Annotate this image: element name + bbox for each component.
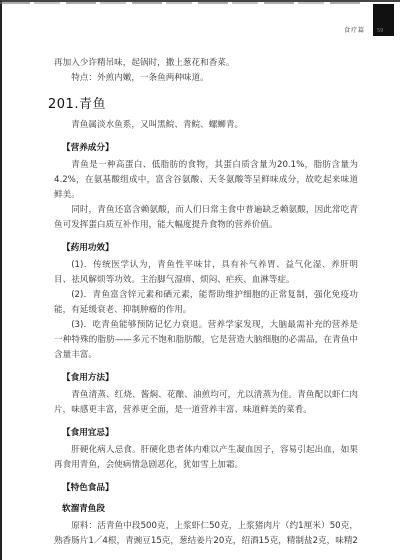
dish-title: 软溜青鱼段	[62, 502, 358, 517]
thumb-tab-text: 59	[377, 28, 383, 34]
medicinal-paragraph: (1)．传统医学认为，青鱼性平味甘，具有补气养胃、益气化湿、养肝明目、祛风解烦等…	[54, 258, 358, 288]
ingredients-paragraph: 原料：活青鱼中段500克，上浆虾仁50克，上浆猪肉片（约1厘米）50克，熟香肠片…	[54, 519, 358, 549]
nutrition-paragraph: 青鱼是一种高蛋白、低脂肪的食物，其蛋白质含量为20.1%，脂肪含量为4.2%，在…	[54, 158, 358, 203]
page-content: 再加入少许精吊味，起锅时，撒上葱花和香菜。 特点：外煎内嫩，一条鱼两种味道。 2…	[54, 56, 358, 549]
medicinal-paragraph: (3)．吃青鱼能够预防记忆力衰退。营养学家发现，大脑最需补充的营养是一种特殊的脂…	[54, 318, 358, 363]
section-title: 201.青鱼	[48, 97, 358, 112]
medicinal-paragraph: (2)．青鱼富含锌元素和硒元素，能帮助维护细胞的正常复制，强化免疫功能，有延缓衰…	[54, 288, 358, 318]
taboos-header: 【食用宜忌】	[62, 426, 358, 441]
methods-header: 【食用方法】	[62, 371, 358, 386]
nutrition-header: 【营养成分】	[62, 141, 358, 156]
intro-line-2: 特点：外煎内嫩，一条鱼两种味道。	[54, 71, 358, 86]
taboos-paragraph: 肝硬化病人忌食。肝硬化患者体内难以产生凝血因子，容易引起出血，如果再食用青鱼，会…	[54, 443, 358, 473]
medicinal-header: 【药用功效】	[62, 241, 358, 256]
specialty-header: 【特色食品】	[62, 481, 358, 496]
scan-top-edge	[0, 2, 360, 4]
thumb-index-tab: 59	[373, 4, 394, 36]
intro-line-1: 再加入少许精吊味，起锅时，撒上葱花和香菜。	[54, 56, 358, 71]
nutrition-paragraph: 同时，青鱼还富含赖氨酸，而人们日常主食中普遍缺乏赖氨酸，因此常吃青鱼可发挥蛋白质…	[54, 203, 358, 233]
methods-paragraph: 青鱼清蒸、红烧、酱焖、花酿、油煎均可，尤以清蒸为佳。青鱼配以虾仁肉片，味感更丰富…	[54, 388, 358, 418]
running-head: 食疗篇	[344, 25, 365, 34]
section-intro: 青鱼属淡水鱼系，又叫黑鲩、青鲩、螺蛳青。	[54, 118, 358, 133]
